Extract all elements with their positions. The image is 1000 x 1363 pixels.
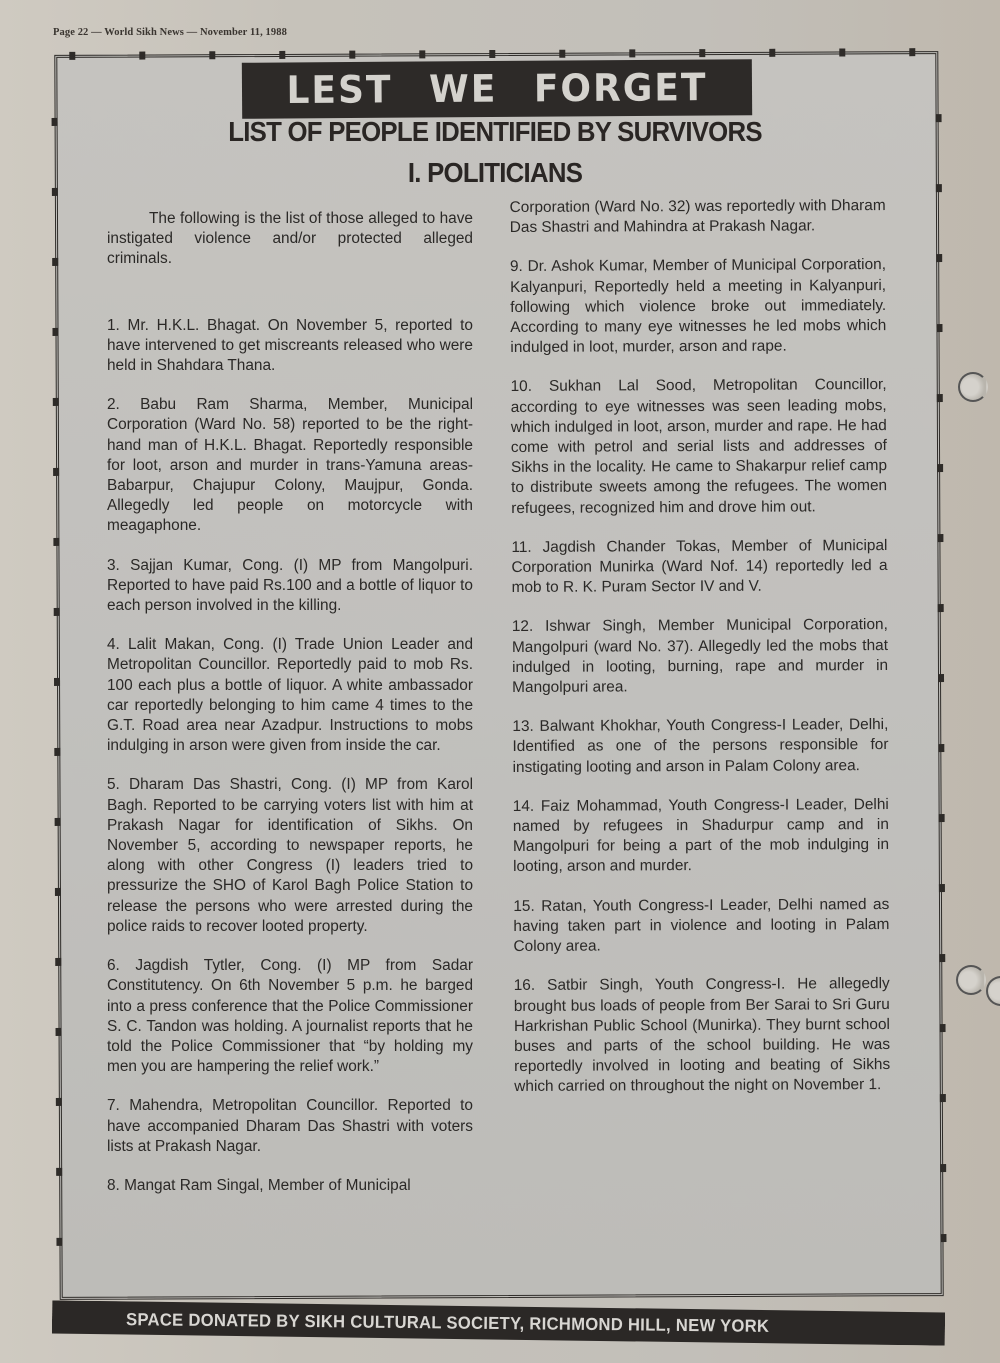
list-item: 1. Mr. H.K.L. Bhagat. On November 5, rep… — [107, 316, 473, 377]
border-ornament — [769, 49, 775, 57]
border-ornament — [936, 324, 942, 332]
footer-banner: SPACE DONATED BY SIKH CULTURAL SOCIETY, … — [52, 1300, 945, 1345]
border-ornament — [53, 538, 59, 546]
footer-credit: SPACE DONATED BY SIKH CULTURAL SOCIETY, … — [126, 1309, 769, 1337]
border-ornament — [699, 49, 705, 57]
border-ornament — [939, 814, 945, 822]
intro-paragraph: The following is the list of those alleg… — [107, 209, 473, 270]
border-ornament — [55, 818, 61, 826]
border-ornament — [839, 48, 845, 56]
list-item: 2. Babu Ram Sharma, Member, Municipal Co… — [107, 395, 473, 536]
list-item: 7. Mahendra, Metropolitan Councillor. Re… — [107, 1096, 473, 1157]
border-ornament — [937, 464, 943, 472]
border-ornament — [279, 51, 285, 59]
border-ornament — [54, 678, 60, 686]
border-ornament — [937, 394, 943, 402]
border-ornament — [940, 1094, 946, 1102]
right-column: Corporation (Ward No. 32) was reportedly… — [510, 196, 891, 1116]
border-ornament — [209, 51, 215, 59]
border-ornament — [939, 884, 945, 892]
border-ornament — [53, 398, 59, 406]
border-ornament — [940, 1234, 946, 1242]
border-ornament — [936, 254, 942, 262]
border-ornament — [56, 1098, 62, 1106]
subtitle: LIST OF PEOPLE IDENTIFIED BY SURVIVORS — [40, 116, 951, 148]
list-item: 3. Sajjan Kumar, Cong. (I) MP from Mango… — [107, 556, 473, 617]
border-ornament — [939, 954, 945, 962]
list-item: 15. Ratan, Youth Congress-I Leader, Delh… — [513, 895, 889, 958]
border-ornament — [54, 608, 60, 616]
binder-hole-icon — [956, 965, 986, 995]
list-item-continued: Corporation (Ward No. 32) was reportedly… — [510, 196, 886, 238]
headline: LEST WE FORGET — [286, 66, 707, 112]
running-head: Page 22 — World Sikh News — November 11,… — [53, 27, 287, 38]
border-ornament — [52, 328, 58, 336]
list-item: 12. Ishwar Singh, Member Municipal Corpo… — [512, 615, 888, 698]
border-ornament — [489, 50, 495, 58]
border-ornament — [52, 258, 58, 266]
border-ornament — [56, 1168, 62, 1176]
binder-hole-icon — [958, 372, 988, 402]
border-ornament — [559, 50, 565, 58]
border-ornament — [909, 48, 915, 56]
border-ornament — [56, 1238, 62, 1246]
border-ornament — [54, 748, 60, 756]
list-item: 5. Dharam Das Shastri, Cong. (I) MP from… — [107, 775, 473, 937]
list-item: 4. Lalit Makan, Cong. (I) Trade Union Le… — [107, 635, 473, 756]
border-ornament — [938, 744, 944, 752]
binder-hole-icon — [986, 976, 1000, 1006]
border-ornament — [69, 52, 75, 60]
border-ornament — [53, 468, 59, 476]
list-item: 14. Faiz Mohammad, Youth Congress-I Lead… — [513, 795, 889, 878]
border-ornament — [56, 1028, 62, 1036]
border-ornament — [940, 1024, 946, 1032]
border-ornament — [937, 534, 943, 542]
list-item: 8. Mangat Ram Singal, Member of Municipa… — [107, 1176, 473, 1196]
border-ornament — [139, 52, 145, 60]
list-item: 11. Jagdish Chander Tokas, Member of Mun… — [511, 536, 887, 599]
border-ornament — [52, 188, 58, 196]
headline-banner: LEST WE FORGET — [242, 59, 752, 119]
list-item: 6. Jagdish Tytler, Cong. (I) MP from Sad… — [107, 956, 473, 1077]
border-ornament — [938, 604, 944, 612]
border-ornament — [938, 674, 944, 682]
border-ornament — [629, 49, 635, 57]
list-item: 10. Sukhan Lal Sood, Metropolitan Counci… — [511, 375, 888, 518]
left-column: The following is the list of those alleg… — [107, 209, 473, 1215]
list-item: 9. Dr. Ashok Kumar, Member of Municipal … — [510, 255, 887, 358]
border-ornament — [940, 1164, 946, 1172]
border-ornament — [55, 888, 61, 896]
border-ornament — [55, 958, 61, 966]
border-ornament — [419, 50, 425, 58]
list-item: 13. Balwant Khokhar, Youth Congress-I Le… — [512, 715, 888, 778]
list-item: 16. Satbir Singh, Youth Congress-I. He a… — [514, 974, 891, 1097]
section-title: I. POLITICIANS — [40, 157, 951, 189]
border-ornament — [349, 51, 355, 59]
